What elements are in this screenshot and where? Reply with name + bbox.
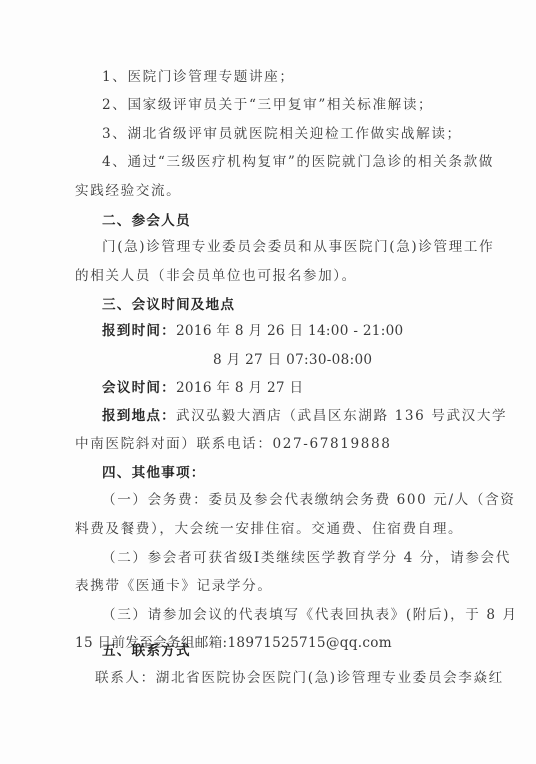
other-matters-line-2: 料费及餐费），大会统一安排住宿。交通费、住宿费自理。 bbox=[75, 521, 463, 537]
agenda-item-4-continued: 实践经验交流。 bbox=[75, 183, 181, 199]
other-matters-line-5: （三）请参加会议的代表填写《代表回执表》(附后)，于 8 月 bbox=[102, 607, 518, 623]
venue-row: 报到地点：武汉弘毅大酒店（武昌区东湖路 136 号武汉大学 bbox=[102, 408, 507, 424]
agenda-item-3: 3、湖北省级评审员就医院相关迎检工作做实战解读； bbox=[102, 126, 462, 142]
other-matters-line-1: （一）会务费：委员及参会代表缴纳会务费 600 元/人（含资 bbox=[102, 492, 515, 508]
other-matters-line-4: 表携带《医通卡》记录学分。 bbox=[75, 578, 273, 594]
checkin-time-label: 报到时间： bbox=[102, 323, 176, 339]
checkin-time-row: 报到时间：2016 年 8 月 26 日 14:00 - 21:00 bbox=[102, 323, 404, 339]
other-matters-line-3: （二）参会者可获省级Ⅰ类继续医学教育学分 4 分，请参会代 bbox=[102, 550, 511, 566]
meeting-time-label: 会议时间： bbox=[102, 380, 176, 396]
agenda-item-4: 4、通过“三级医疗机构复审”的医院就门急诊的相关条款做 bbox=[102, 154, 494, 170]
meeting-time-value: 2016 年 8 月 27 日 bbox=[176, 380, 303, 396]
section-heading-contact: 五、联系方式 bbox=[102, 643, 191, 659]
contact-person: 联系人：湖北省医院协会医院门(急)诊管理专业委员会李焱红 bbox=[95, 670, 504, 686]
agenda-item-2: 2、国家级评审员关于“三甲复审”相关标准解读； bbox=[102, 97, 433, 113]
checkin-time-value-2: 8 月 27 日 07:30-08:00 bbox=[213, 352, 372, 368]
section-heading-time-place: 三、会议时间及地点 bbox=[102, 297, 235, 313]
attendees-text-line-2: 的相关人员（非会员单位也可报名参加）。 bbox=[75, 268, 357, 284]
document-page: 1、医院门诊管理专题讲座； 2、国家级评审员关于“三甲复审”相关标准解读； 3、… bbox=[0, 0, 536, 764]
venue-label: 报到地点： bbox=[102, 408, 176, 424]
meeting-time-row: 会议时间：2016 年 8 月 27 日 bbox=[102, 380, 303, 396]
section-heading-attendees: 二、参会人员 bbox=[102, 213, 191, 229]
section-heading-other-matters: 四、其他事项： bbox=[102, 465, 206, 481]
venue-value: 武汉弘毅大酒店（武昌区东湖路 136 号武汉大学 bbox=[176, 408, 507, 424]
attendees-text-line-1: 门(急)诊管理专业委员会委员和从事医院门(急)诊管理工作 bbox=[102, 239, 494, 255]
checkin-time-value: 2016 年 8 月 26 日 14:00 - 21:00 bbox=[176, 323, 404, 339]
agenda-item-1: 1、医院门诊管理专题讲座； bbox=[102, 69, 295, 85]
venue-value-continued: 中南医院斜对面）联系电话：027-67819888 bbox=[75, 436, 391, 452]
